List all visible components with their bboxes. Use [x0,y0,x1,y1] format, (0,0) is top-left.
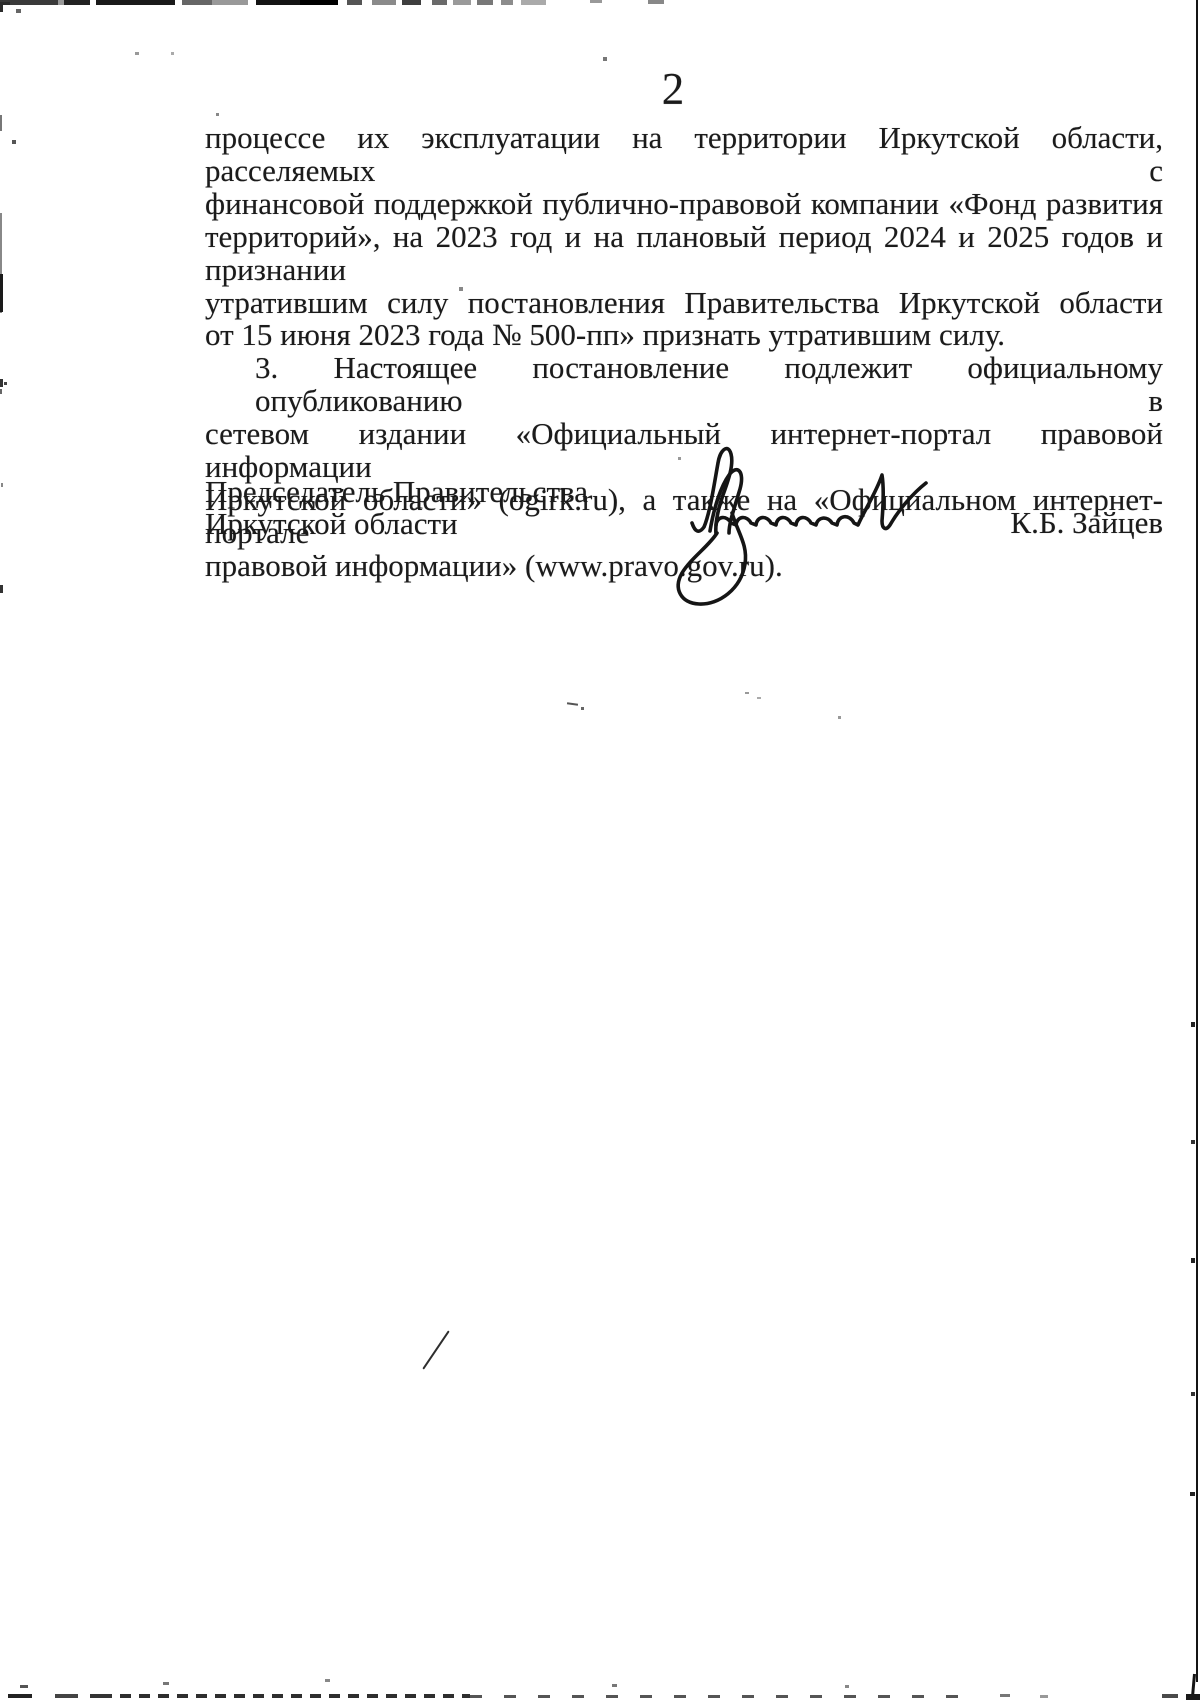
signatory-name: К.Б. Зайцев [1010,506,1163,539]
scan-speck [745,692,749,694]
scan-corner-mark [0,2,10,12]
scan-speck [590,0,602,3]
scan-speck [325,1679,330,1682]
scan-edge-right [1196,0,1199,1682]
scan-speck [12,140,16,144]
scan-speck [1186,1694,1200,1700]
paragraph-line: от 15 июня 2023 года № 500-пп» признать … [205,319,1163,352]
scan-speck [20,1685,28,1688]
scan-speck [171,52,174,55]
scan-speck [1162,1694,1178,1698]
scan-edge-top [0,0,565,5]
scan-speck [216,113,219,116]
scan-edge-left-mark [0,115,2,131]
scan-edge-left-mark [0,274,3,312]
scan-slash-mark [422,1330,449,1369]
scan-speck [845,1685,849,1688]
scan-nub [1190,1492,1195,1496]
scan-speck [581,707,584,710]
scanned-document-page: 2 процессе их эксплуатации на территории… [0,0,1200,1700]
scan-edge-bottom [120,1694,470,1698]
scan-speck [567,702,578,706]
scan-speck [838,716,841,719]
paragraph-line: утратившим силу постановления Правительс… [205,287,1163,320]
scan-edge-left-mark [0,585,3,593]
scan-edge-left-mark [0,379,3,387]
scan-speck [1,483,3,487]
paragraph-line: территорий», на 2023 год и на плановый п… [205,221,1163,287]
scan-speck [1040,1695,1048,1698]
scan-nub [1191,1392,1195,1396]
scan-edge-left-mark [0,389,2,394]
scan-speck [4,382,7,385]
scan-speck [612,1684,617,1687]
scan-nub [1191,1022,1195,1027]
scan-nub [1191,1258,1195,1263]
paragraph-line: финансовой поддержкой публично-правовой … [205,188,1163,221]
signatory-position-line: Председатель Правительства [205,476,588,508]
scan-edge-bottom [8,1694,112,1698]
scan-speck [648,0,664,4]
scan-nub [1191,1140,1195,1144]
signatory-position: Председатель Правительства Иркутской обл… [205,476,588,539]
scan-speck [163,1682,169,1685]
scan-speck [16,9,21,13]
paragraph-line: процессе их эксплуатации на территории И… [205,122,1163,188]
page-number: 2 [613,67,733,112]
handwritten-signature-icon [615,405,945,620]
scan-speck [1000,1694,1010,1697]
scan-speck [603,57,607,61]
scan-speck [135,52,139,55]
scan-edge-bottom [470,1695,980,1698]
scan-speck [757,697,761,699]
signatory-position-line: Иркутской области [205,508,588,540]
